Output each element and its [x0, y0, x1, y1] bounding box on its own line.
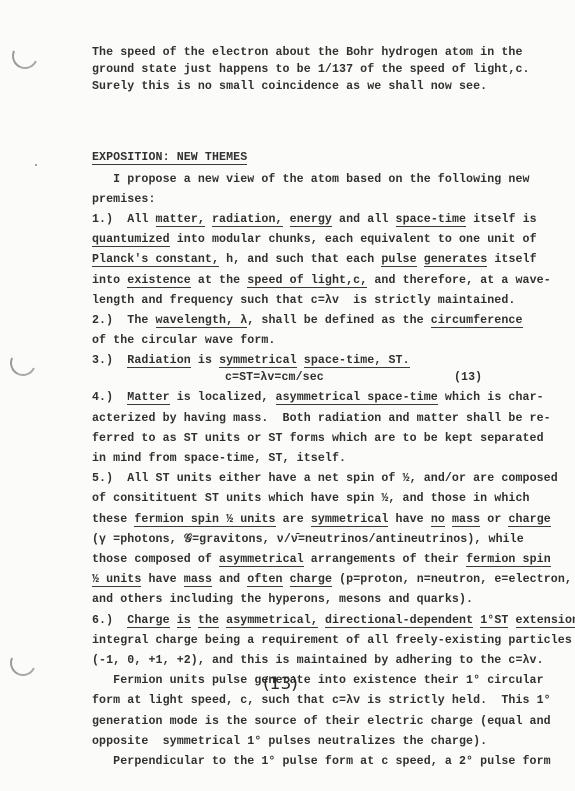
- intro-line: ground state just happens to be 1/137 of…: [92, 63, 530, 77]
- underlined-term: Matter: [127, 391, 169, 405]
- underlined-term: no: [431, 513, 445, 527]
- underlined-term: fermion spin ½ units: [134, 513, 275, 527]
- underlined-term: quantumized: [92, 233, 170, 247]
- underlined-term: pulse: [381, 253, 416, 267]
- underlined-term: ½ units: [92, 573, 141, 587]
- premise-5: those composed of asymmetrical arrangeme…: [92, 553, 551, 567]
- premise-1: quantumized into modular chunks, each eq…: [92, 233, 537, 247]
- underlined-term: asymmetrical,: [226, 614, 318, 628]
- underlined-term: symmetrical: [311, 513, 389, 527]
- underlined-term: symmetrical: [219, 354, 297, 368]
- equation: c=ST=λv=cm/sec: [225, 371, 324, 385]
- equation-number: (13): [454, 371, 482, 385]
- underlined-term: matter,: [156, 213, 205, 227]
- premise-6: (-1, 0, +1, +2), and this is maintained …: [92, 654, 544, 668]
- underlined-term: charge: [290, 573, 332, 587]
- premise-3: 3.) Radiation is symmetrical space-time,…: [92, 354, 410, 368]
- lead-line: I propose a new view of the atom based o…: [92, 173, 530, 187]
- underlined-term: asymmetrical space-time: [276, 391, 438, 405]
- underlined-term: energy: [290, 213, 332, 227]
- premise-5: of consitituent ST units which have spin…: [92, 492, 530, 506]
- underlined-term: often: [247, 573, 282, 587]
- punch-hole-middle: [6, 346, 39, 379]
- underlined-term: space-time, ST.: [304, 354, 410, 368]
- premise-4: acterized by having mass. Both radiation…: [92, 412, 551, 426]
- underlined-term: circumference: [431, 314, 523, 328]
- lead-line: premises:: [92, 193, 156, 207]
- closing-line: Fermion units pulse generate into existe…: [92, 674, 544, 688]
- premise-2: of the circular wave form.: [92, 334, 276, 348]
- page-number: (13): [263, 674, 298, 694]
- intro-line: Surely this is no small coincidence as w…: [92, 80, 487, 94]
- underlined-term: radiation,: [212, 213, 283, 227]
- premise-4: in mind from space-time, ST, itself.: [92, 452, 346, 466]
- underlined-term: charge: [508, 513, 550, 527]
- premise-5: 5.) All ST units either have a net spin …: [92, 472, 558, 486]
- underlined-term: directional-dependent: [325, 614, 473, 628]
- premise-5: and others including the hyperons, meson…: [92, 593, 473, 607]
- premise-5: ½ units have mass and often charge (p=pr…: [92, 573, 572, 587]
- closing-line: opposite symmetrical 1° pulses neutraliz…: [92, 735, 487, 749]
- underlined-term: is: [177, 614, 191, 628]
- premise-1: into existence at the speed of light,c, …: [92, 274, 551, 288]
- underlined-term: existence: [127, 274, 191, 288]
- underlined-term: 1°ST: [480, 614, 508, 628]
- section-heading: EXPOSITION: NEW THEMES: [92, 151, 247, 165]
- margin-speck: [35, 164, 37, 166]
- underlined-term: the: [198, 614, 219, 628]
- underlined-term: Radiation: [127, 354, 191, 368]
- premise-2: 2.) The wavelength, λ, shall be defined …: [92, 314, 523, 328]
- premise-6: 6.) Charge is the asymmetrical, directio…: [92, 614, 575, 628]
- premise-5: (γ =photons, 𝒢=gravitons, ν/ν̄=neutrinos…: [92, 533, 524, 547]
- underlined-term: mass: [184, 573, 212, 587]
- punch-hole-top: [8, 39, 41, 72]
- underlined-term: wavelength, λ: [156, 314, 248, 328]
- document-page: The speed of the electron about the Bohr…: [0, 0, 575, 791]
- closing-line: generation mode is the source of their e…: [92, 715, 551, 729]
- underlined-term: speed of light,c,: [247, 274, 367, 288]
- closing-line: form at light speed, c, such that c=λv i…: [92, 694, 551, 708]
- underlined-term: EXPOSITION: NEW THEMES: [92, 151, 247, 165]
- premise-4: 4.) Matter is localized, asymmetrical sp…: [92, 391, 544, 405]
- closing-line: Perpendicular to the 1° pulse form at c …: [92, 755, 551, 769]
- underlined-term: asymmetrical: [219, 553, 304, 567]
- underlined-term: generates: [424, 253, 488, 267]
- premise-6: integral charge being a requirement of a…: [92, 634, 572, 648]
- premise-4: ferred to as ST units or ST forms which …: [92, 432, 544, 446]
- underlined-term: space-time: [396, 213, 467, 227]
- premise-1: 1.) All matter, radiation, energy and al…: [92, 213, 537, 227]
- underlined-term: mass: [452, 513, 480, 527]
- premise-1: Planck's constant, h, and such that each…: [92, 253, 537, 267]
- underlined-term: fermion spin: [466, 553, 551, 567]
- intro-line: The speed of the electron about the Bohr…: [92, 46, 523, 60]
- premise-1: length and frequency such that c=λv is s…: [92, 294, 515, 308]
- punch-hole-bottom: [6, 646, 39, 679]
- underlined-term: extension,: [516, 614, 575, 628]
- premise-5: these fermion spin ½ units are symmetric…: [92, 513, 551, 527]
- underlined-term: Charge: [127, 614, 169, 628]
- underlined-term: Planck's constant,: [92, 253, 219, 267]
